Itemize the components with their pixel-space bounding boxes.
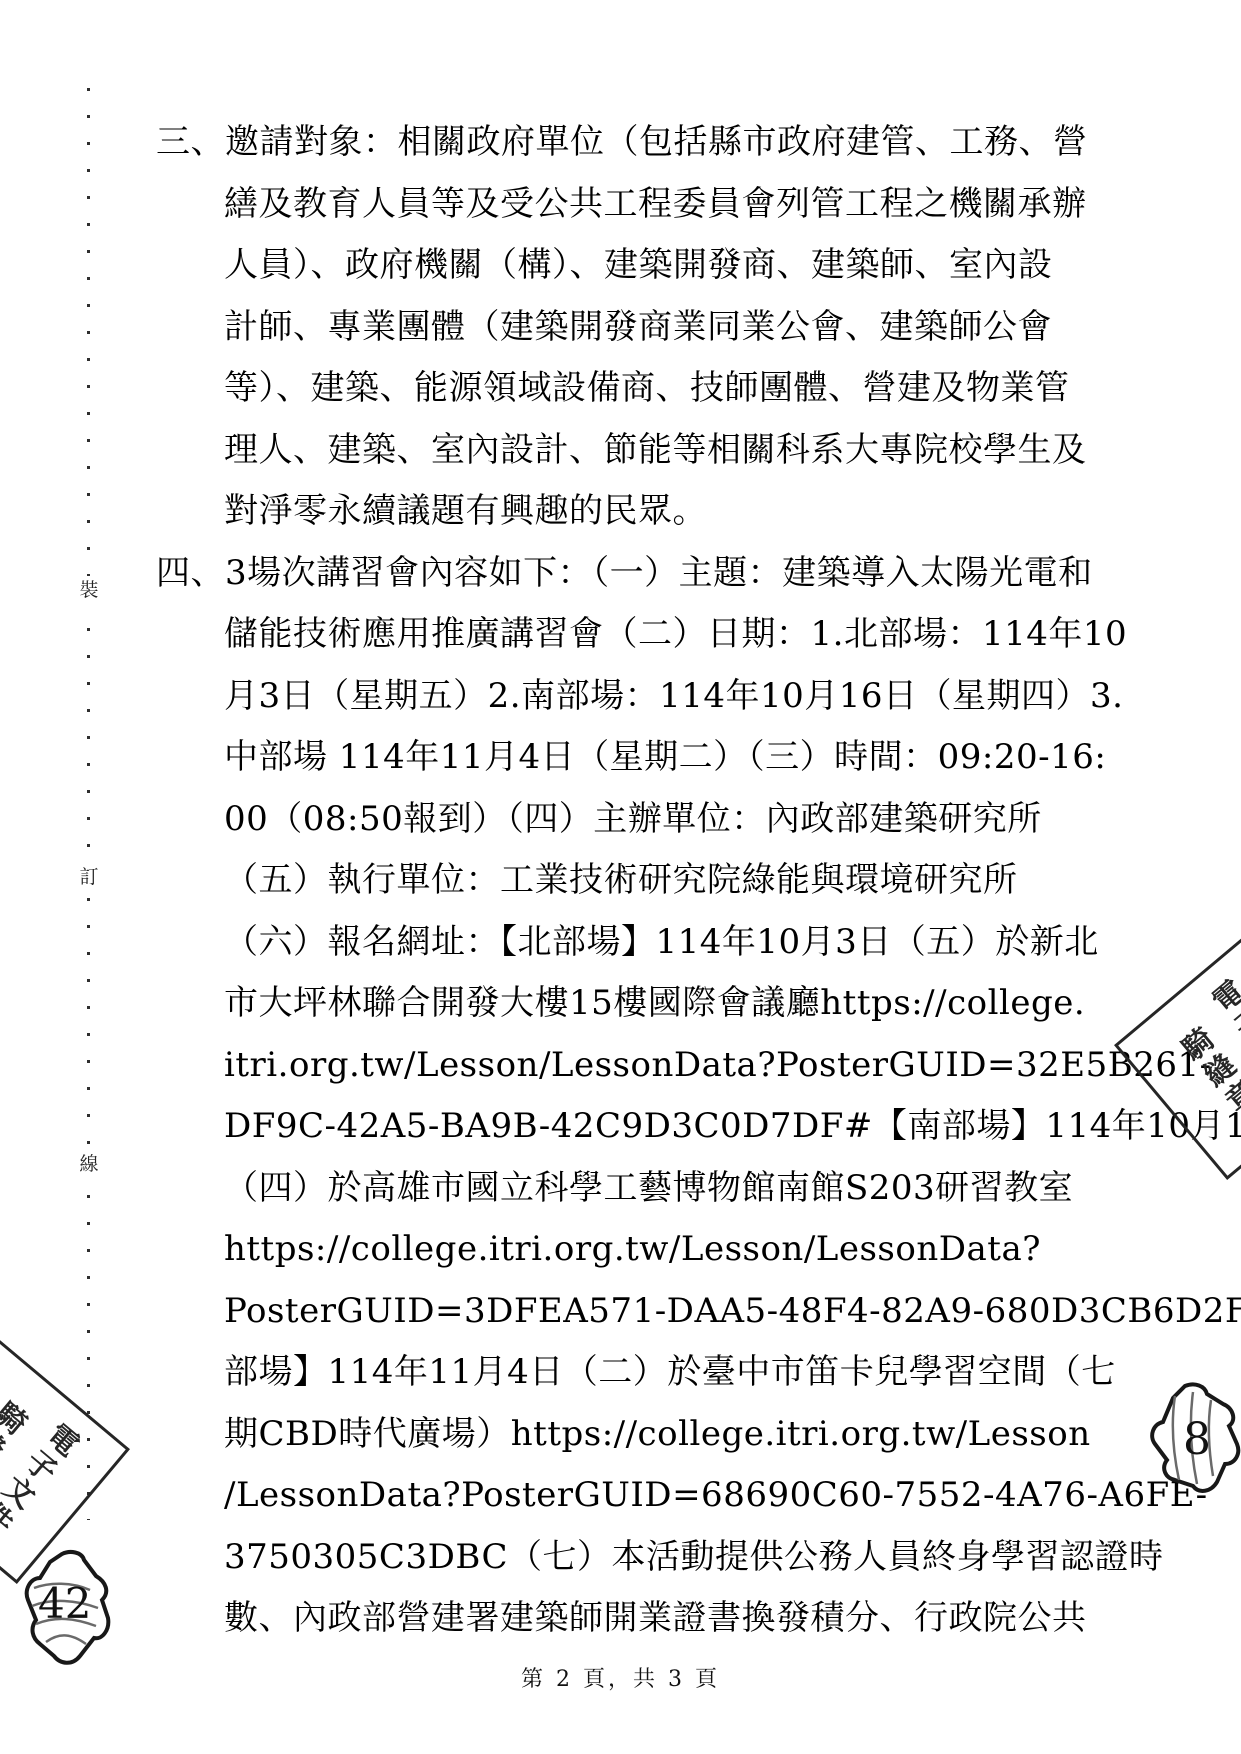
binding-mark-zhuang: 裝 — [78, 576, 100, 604]
text-line: 四、3場次講習會內容如下：（一）主題：建築導入太陽光電和 — [156, 543, 1116, 605]
text-line: 三、邀請對象：相關政府單位（包括縣市政府建管、工務、營 — [156, 112, 1116, 174]
text-line: DF9C-42A5-BA9B-42C9D3C0D7DF#【南部場】114年10月… — [156, 1096, 1116, 1158]
text-line-content: 邀請對象：相關政府單位（包括縣市政府建管、工務、營 — [225, 122, 1088, 162]
binding-mark-ding: 訂 — [78, 863, 100, 891]
text-line: 00（08:50報到）（四）主辦單位：內政部建築研究所 — [156, 789, 1116, 851]
text-line: 期CBD時代廣場）https://college.itri.org.tw/Les… — [156, 1404, 1116, 1466]
text-line: （六）報名網址：【北部場】114年10月3日（五）於新北 — [156, 912, 1116, 974]
binding-mark-xian: 線 — [78, 1150, 100, 1178]
text-line: https://college.itri.org.tw/Lesson/Lesso… — [156, 1219, 1116, 1281]
paragraph-item-three: 三、邀請對象：相關政府單位（包括縣市政府建管、工務、營 繕及教育人員等及受公共工… — [156, 112, 1116, 543]
text-line: PosterGUID=3DFEA571-DAA5-48F4-82A9-680D3… — [156, 1281, 1116, 1343]
text-line: /LessonData?PosterGUID=68690C60-7552-4A7… — [156, 1465, 1116, 1527]
item-marker: 四、 — [156, 553, 225, 593]
page-footer: 第 2 頁，共 3 頁 — [0, 1662, 1241, 1693]
text-line: 3750305C3DBC（七）本活動提供公務人員終身學習認證時 — [156, 1527, 1116, 1589]
text-line: （四）於高雄市國立科學工藝博物館南館S203研習教室 — [156, 1158, 1116, 1220]
binding-seal-left: 騎縫章 電子文件 — [0, 1336, 130, 1584]
text-line: 數、內政部營建署建築師開業證書換發積分、行政院公共 — [156, 1588, 1116, 1650]
document-page: 裝 訂 線 三、邀請對象：相關政府單位（包括縣市政府建管、工務、營 繕及教育人員… — [0, 0, 1241, 1754]
svg-text:8: 8 — [1183, 1414, 1211, 1465]
text-line: 市大坪林聯合開發大樓15樓國際會議廳https://college. — [156, 973, 1116, 1035]
binding-dotted-line — [87, 88, 90, 1520]
text-line: 繕及教育人員等及受公共工程委員會列管工程之機關承辦 — [156, 174, 1116, 236]
text-line: （五）執行單位：工業技術研究院綠能與環境研究所 — [156, 850, 1116, 912]
document-body: 三、邀請對象：相關政府單位（包括縣市政府建管、工務、營 繕及教育人員等及受公共工… — [156, 112, 1116, 1650]
text-line: 等）、建築、能源領域設備商、技師團體、營建及物業管 — [156, 358, 1116, 420]
text-line: 理人、建築、室內設計、節能等相關科系大專院校學生及 — [156, 420, 1116, 482]
text-line: 對淨零永續議題有興趣的民眾。 — [156, 481, 1116, 543]
page-mark-8: 8 — [1145, 1382, 1241, 1498]
text-line: 月3日（星期五）2.南部場：114年10月16日（星期四）3. — [156, 666, 1116, 728]
text-line: itri.org.tw/Lesson/LessonData?PosterGUID… — [156, 1035, 1116, 1097]
item-marker: 三、 — [156, 122, 225, 162]
text-line: 儲能技術應用推廣講習會（二）日期：1.北部場：114年10 — [156, 604, 1116, 666]
paragraph-item-four: 四、3場次講習會內容如下：（一）主題：建築導入太陽光電和 儲能技術應用推廣講習會… — [156, 543, 1116, 1650]
text-line-content: 3場次講習會內容如下：（一）主題：建築導入太陽光電和 — [225, 553, 1093, 593]
text-line: 計師、專業團體（建築開發商業同業公會、建築師公會 — [156, 297, 1116, 359]
text-line: 人員）、政府機關（構）、建築開發商、建築師、室內設 — [156, 235, 1116, 297]
page-mark-42: 42 — [10, 1548, 120, 1668]
text-line: 中部場 114年11月4日（星期二）（三）時間：09:20-16: — [156, 727, 1116, 789]
text-line: 部場】114年11月4日（二）於臺中市笛卡兒學習空間（七 — [156, 1342, 1116, 1404]
svg-text:42: 42 — [38, 1579, 91, 1628]
